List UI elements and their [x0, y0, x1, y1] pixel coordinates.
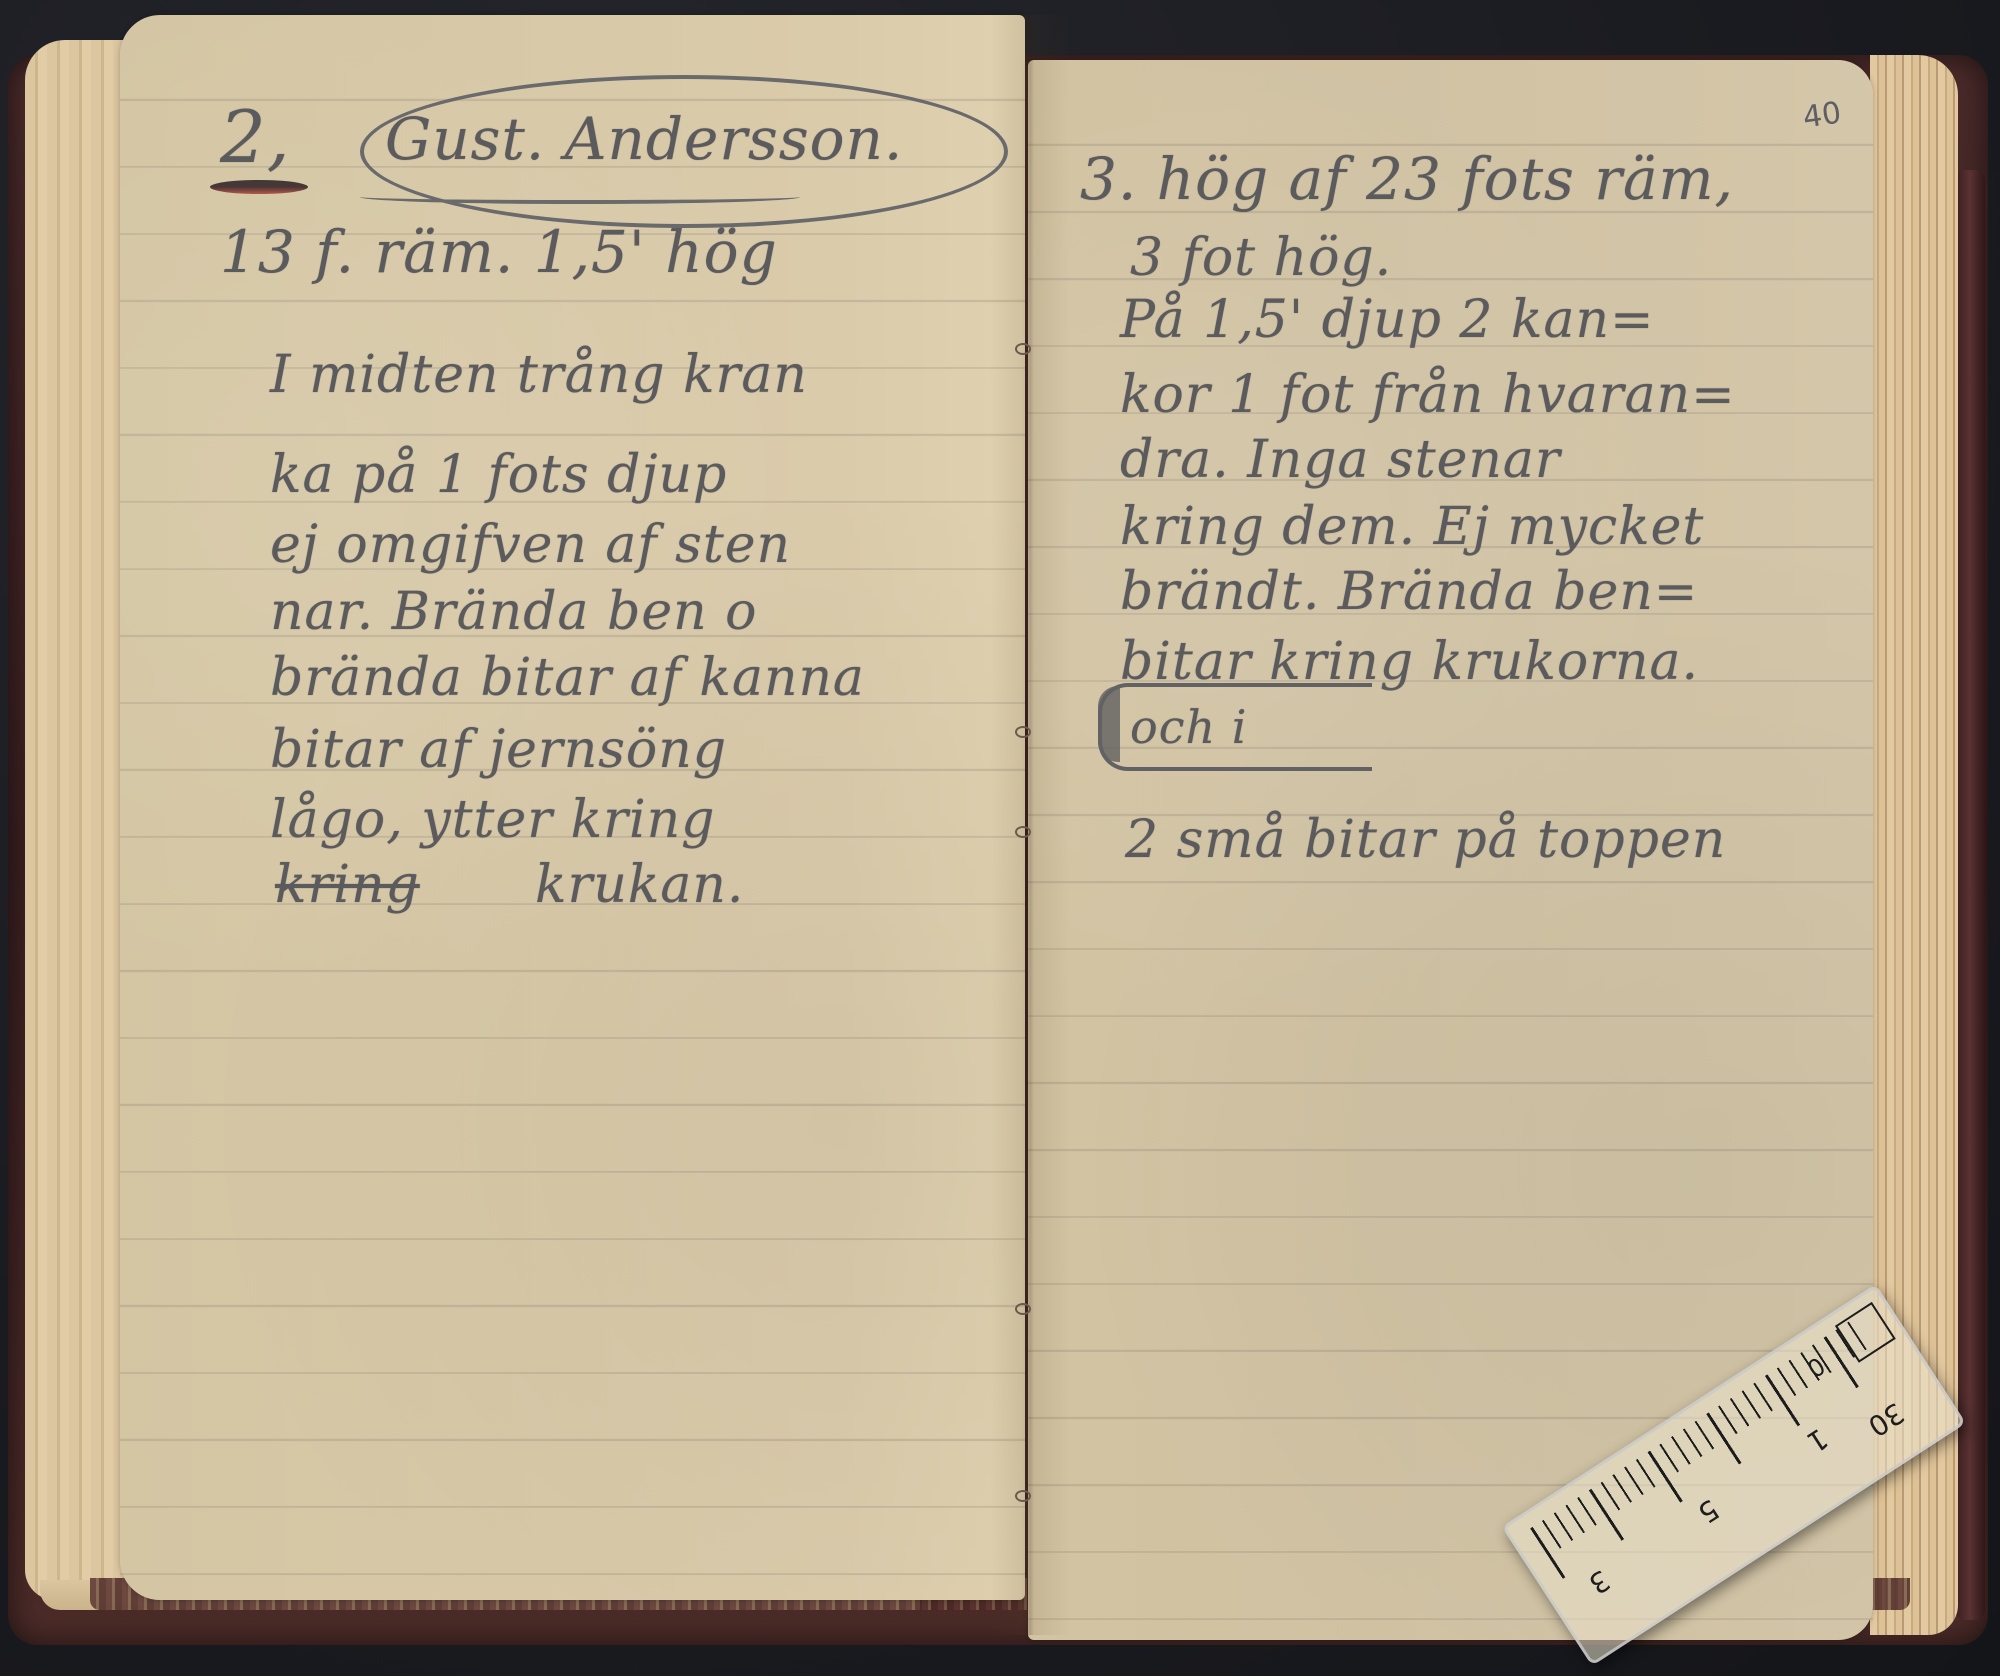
entry-number: 2,: [220, 95, 291, 179]
left-line-7: bitar af jernsöng: [270, 720, 727, 780]
page-number: 40: [1801, 96, 1844, 136]
left-line-1: 13 f. räm. 1,5' hög: [220, 218, 778, 286]
left-line-2: I midten trång kran: [270, 345, 808, 405]
right-line-2: 3 fot hög.: [1130, 228, 1392, 288]
ruler-label: 1: [1801, 1422, 1834, 1459]
binding-stitch: [1015, 343, 1031, 355]
left-line-3: ka på 1 fots djup: [270, 445, 727, 505]
left-line-4: ej omgifven af sten: [270, 515, 791, 575]
bracket-note: och i: [1130, 700, 1247, 754]
left-line-8: lågo, ytter kring: [270, 790, 715, 850]
right-line-4: kor 1 fot från hvaran=: [1120, 365, 1736, 425]
heading-underline: [360, 190, 800, 204]
right-line-7: brändt. Brända ben=: [1120, 562, 1698, 622]
ruler-label: 3: [1583, 1563, 1616, 1600]
binding-stitch: [1015, 1490, 1031, 1502]
right-final-line: 2 små bitar på toppen: [1125, 810, 1726, 870]
left-line-5: nar. Brända ben o: [270, 582, 757, 642]
cover-spine-edge: [1955, 170, 1985, 1620]
left-line-6: brända bitar af kanna: [270, 648, 865, 708]
struck-word: kring: [275, 855, 420, 915]
left-line-9: krukan.: [535, 855, 744, 915]
binding-stitch: [1015, 1303, 1031, 1315]
right-line-5: dra. Inga stenar: [1120, 430, 1561, 490]
red-pencil-underline: [210, 180, 308, 194]
heading-name: Gust. Andersson.: [385, 105, 903, 173]
right-line-1: 3. hög af 23 fots räm,: [1080, 145, 1734, 213]
binding-stitch: [1015, 726, 1031, 738]
ruler-label: 30: [1862, 1396, 1910, 1443]
ruler-label: 5: [1692, 1492, 1725, 1529]
binding-stitch: [1015, 826, 1031, 838]
right-line-6: kring dem. Ej mycket: [1120, 497, 1704, 557]
right-line-3: På 1,5' djup 2 kan=: [1120, 290, 1655, 350]
